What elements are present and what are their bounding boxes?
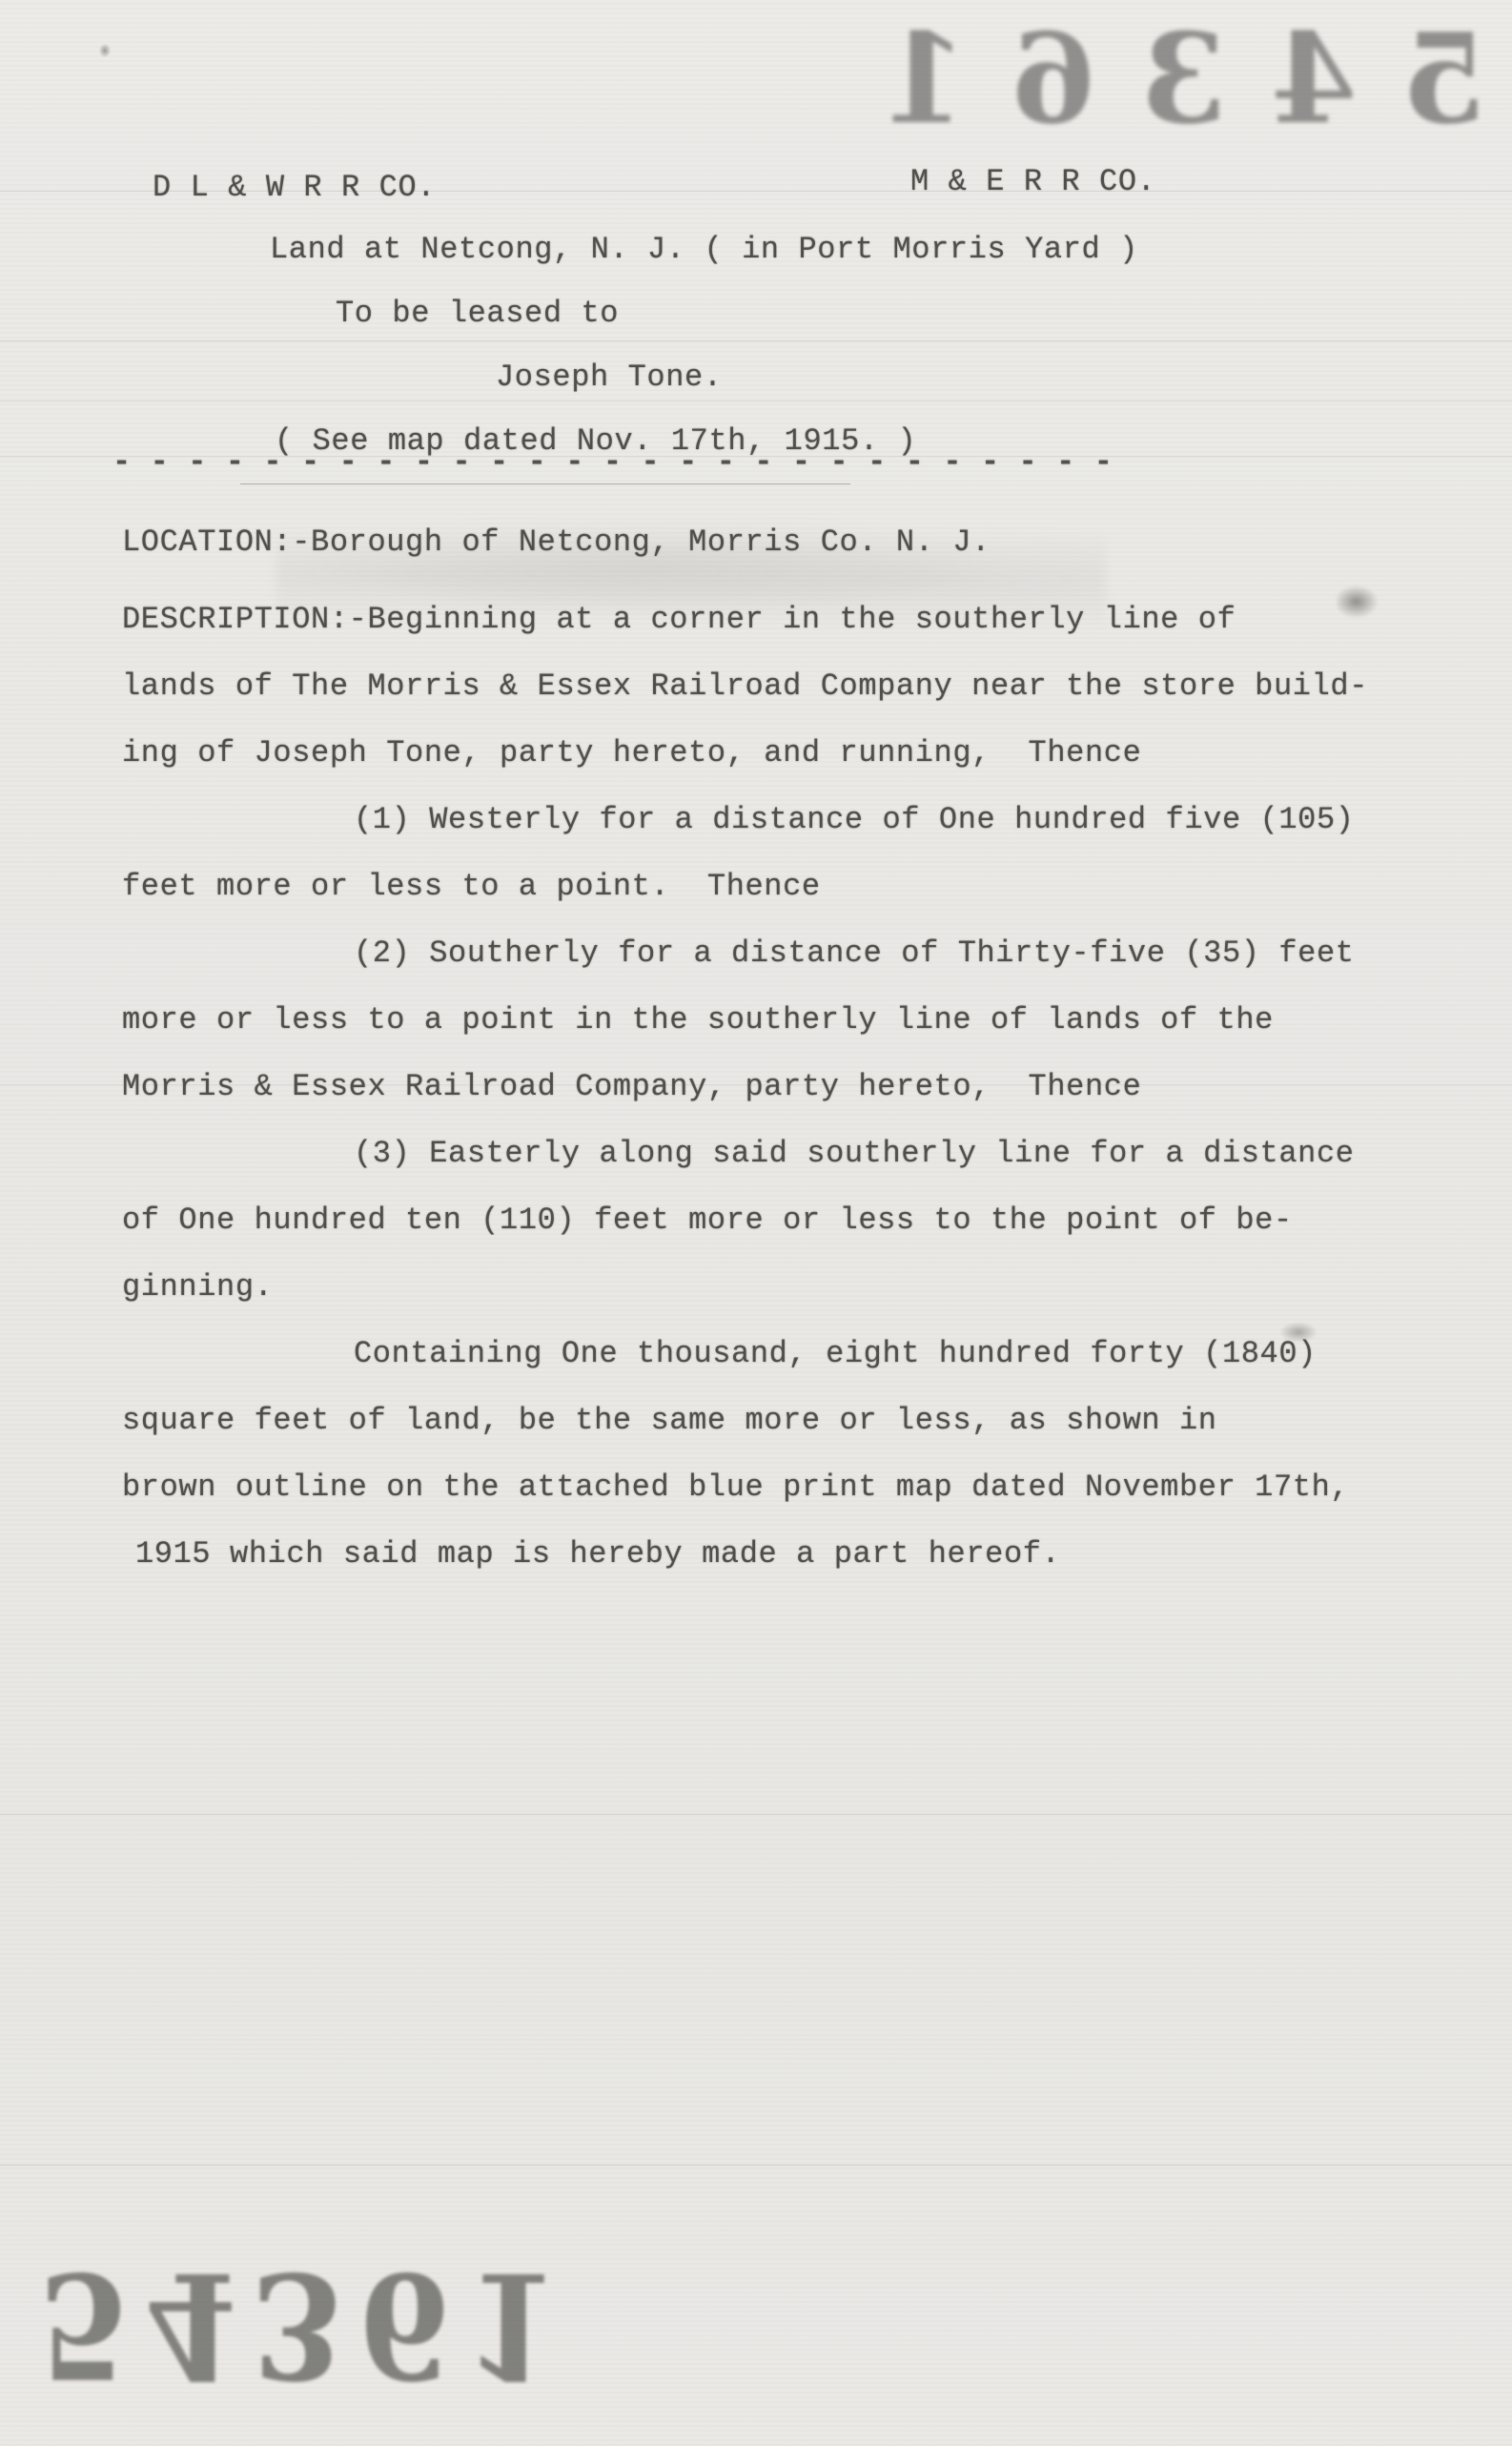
file-number-stamp-bottom: 54361: [37, 2240, 571, 2411]
company-heading-left: D L & W R R CO.: [153, 170, 436, 205]
scanned-document-page: 54361 D L & W R R CO. M & E R R CO. Land…: [0, 0, 1512, 2446]
description-line: brown outline on the attached blue print…: [122, 1454, 1368, 1521]
description-line: ing of Joseph Tone, party hereto, and ru…: [122, 720, 1368, 787]
scan-line: [0, 340, 1512, 341]
company-heading-right: M & E R R CO.: [910, 164, 1155, 199]
location-line: LOCATION:-Borough of Netcong, Morris Co.…: [122, 524, 991, 560]
pencil-line: [240, 483, 850, 484]
description-block: DESCRIPTION:-Beginning at a corner in th…: [122, 586, 1368, 1588]
title-line-land: Land at Netcong, N. J. ( in Port Morris …: [270, 232, 1138, 267]
title-line-leased: To be leased to: [336, 296, 619, 331]
description-line: (1) Westerly for a distance of One hundr…: [122, 787, 1368, 853]
description-line: Containing One thousand, eight hundred f…: [122, 1321, 1368, 1387]
description-line: (2) Southerly for a distance of Thirty-f…: [122, 920, 1368, 987]
title-line-lessee: Joseph Tone.: [496, 360, 723, 395]
ink-speck: [99, 44, 111, 57]
description-line: more or less to a point in the southerly…: [122, 987, 1368, 1054]
description-line: (3) Easterly along said southerly line f…: [122, 1120, 1368, 1187]
description-line: feet more or less to a point. Thence: [122, 853, 1368, 920]
description-line: lands of The Morris & Essex Railroad Com…: [122, 653, 1368, 720]
description-line: DESCRIPTION:-Beginning at a corner in th…: [122, 586, 1368, 653]
dashed-divider: - - - - - - - - - - - - - - - - - - - - …: [112, 444, 1114, 480]
description-line: square feet of land, be the same more or…: [122, 1387, 1368, 1454]
description-line: ginning.: [122, 1254, 1368, 1321]
scan-line: [0, 1814, 1512, 1815]
description-line: Morris & Essex Railroad Company, party h…: [122, 1054, 1368, 1120]
description-line: of One hundred ten (110) feet more or le…: [122, 1187, 1368, 1254]
description-line: 1915 which said map is hereby made a par…: [122, 1521, 1368, 1588]
file-number-stamp-top: 54361: [839, 6, 1487, 152]
scan-line: [0, 2165, 1512, 2166]
scan-line: [0, 401, 1512, 401]
